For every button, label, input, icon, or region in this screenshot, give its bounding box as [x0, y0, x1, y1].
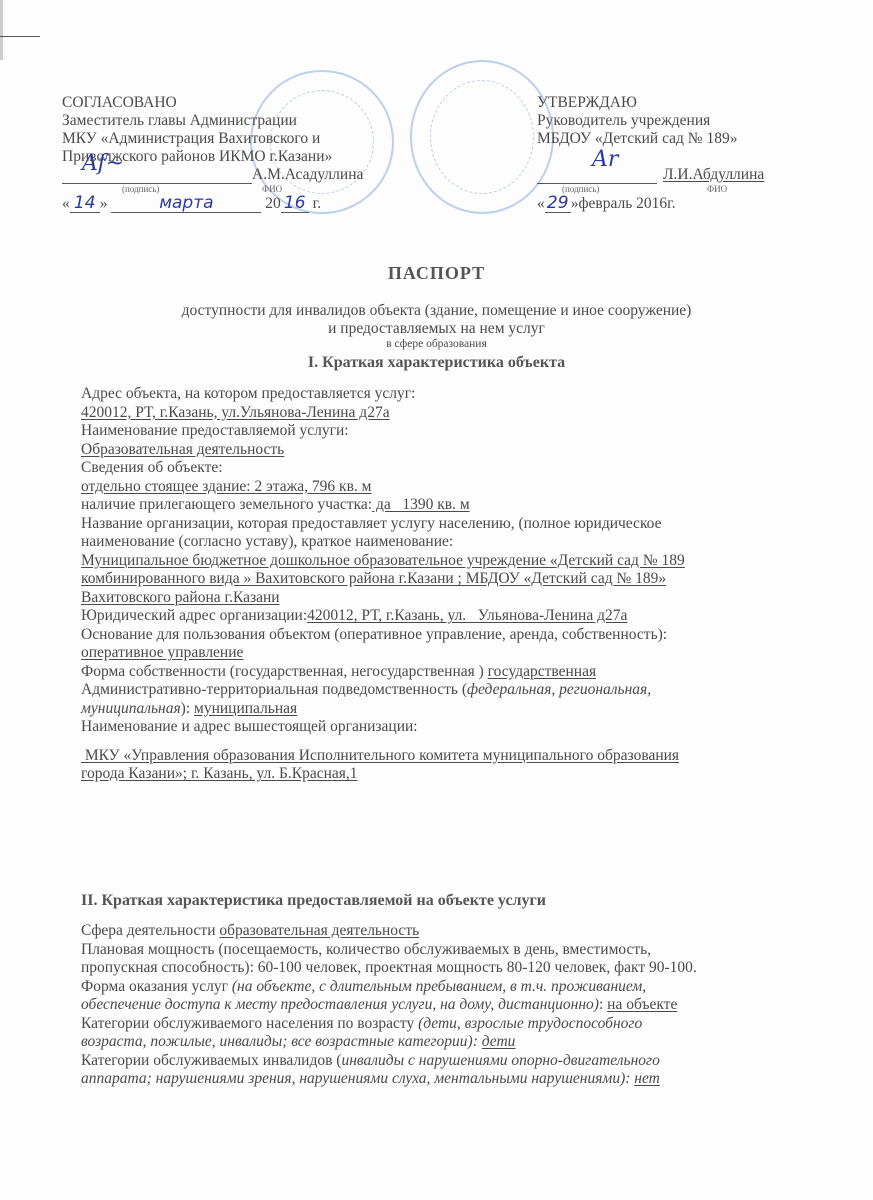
parent-org-value: города Казани»; г. Казань, ул. Б.Красная… [81, 765, 358, 782]
capacity-text: пропускная способность): 60-100 человек,… [81, 959, 781, 978]
field-label: Форма собственности (государственная, не… [81, 663, 484, 680]
field-label: Категории обслуживаемых инвалидов ( [81, 1052, 341, 1069]
section-1-heading: I. Краткая характеристика объекта [0, 354, 873, 372]
object-value: отдельно стоящее здание: 2 этажа, 796 кв… [81, 478, 371, 495]
approval-block-left: СОГЛАСОВАНО Заместитель главы Администра… [62, 94, 402, 213]
section-1-body: Адрес объекта, на котором предоставляетс… [81, 385, 781, 784]
service-value: Образовательная деятельность [81, 441, 284, 458]
field-label: Сведения об объекте: [81, 459, 781, 478]
field-label: Юридический адрес организации: [81, 607, 307, 624]
form-value: на объекте [607, 996, 677, 1013]
page-edge [0, 0, 3, 60]
sphere-value: образовательная деятельность [219, 922, 419, 939]
document-subtitle: и предоставляемых на нем услуг [0, 320, 873, 338]
field-label: Название организации, которая предоставл… [81, 515, 781, 534]
date-year-suffix: 16 [281, 194, 309, 213]
field-label: Сфера деятельности [81, 922, 219, 939]
field-options: (дети, взрослые трудоспособного [418, 1015, 642, 1032]
disability-value: нет [634, 1070, 660, 1087]
name-caption: ФИО [262, 184, 282, 194]
field-label: Наименование предоставляемой услуги: [81, 422, 781, 441]
field-label: Категории обслуживаемого населения по во… [81, 1015, 418, 1032]
org-name-value: Муниципальное бюджетное дошкольное образ… [81, 552, 685, 569]
field-options: муниципальная [81, 700, 181, 717]
approval-block-right: УТВЕРЖДАЮ Руководитель учреждения МБДОУ … [537, 94, 797, 213]
signature-field: Ar [537, 167, 657, 184]
admin-value: муниципальная [194, 700, 297, 717]
parent-org-value: МКУ «Управления образования Исполнительн… [81, 747, 679, 764]
approver-org-line: МКУ «Администрация Вахитовского и [62, 130, 402, 148]
punctuation: : [599, 996, 607, 1013]
signature-scrawl: Af~ [82, 155, 124, 173]
document-title: ПАСПОРТ [0, 263, 873, 284]
name-caption: ФИО [707, 184, 727, 194]
approval-heading: СОГЛАСОВАНО [62, 94, 402, 112]
field-options: (на объекте, с длительным пребыванием, в… [232, 978, 646, 995]
section-2-heading: II. Краткая характеристика предоставляем… [81, 892, 546, 910]
section-2-body: Сфера деятельности образовательная деяте… [81, 922, 781, 1089]
approver-name: А.М.Асадуллина [252, 166, 363, 184]
quote-open: « [62, 195, 70, 212]
signature-caption: (подпись) [122, 184, 159, 194]
quote-open: « [537, 195, 545, 212]
signature-field: Af~ [62, 167, 252, 184]
stamp-right [410, 60, 554, 214]
capacity-text: Плановая мощность (посещаемость, количес… [81, 941, 781, 960]
approval-heading: УТВЕРЖДАЮ [537, 94, 797, 112]
document-subtitle: доступности для инвалидов объекта (здани… [0, 302, 873, 320]
approver-org-line: МБДОУ «Детский сад № 189» [537, 130, 797, 148]
field-options: обеспечение доступа к месту предоставлен… [81, 996, 599, 1013]
scan-mark [0, 36, 40, 37]
punctuation: ): [181, 700, 190, 717]
field-options: возраста, пожилые, инвалиды; все возраст… [81, 1033, 482, 1050]
field-options: инвалиды с нарушениями опорно-двигательн… [341, 1052, 659, 1069]
age-value: дети [482, 1033, 516, 1050]
signature-scrawl: Ar [592, 151, 618, 169]
signature-caption: (подпись) [562, 184, 599, 194]
field-label: наименование (согласно уставу), краткое … [81, 533, 781, 552]
quote-close: » [100, 195, 108, 212]
ownership-value: государственная [488, 663, 596, 680]
date-day: 14 [70, 194, 100, 213]
date-year-prefix: 20 [265, 195, 281, 212]
field-label: Административно-территориальная подведом… [81, 681, 467, 698]
document-subtitle-sphere: в сфере образования [0, 338, 873, 350]
field-options: аппарата; нарушениями зрения, нарушениям… [81, 1070, 634, 1087]
field-options: федеральная, региональная, [467, 681, 651, 698]
field-label: Основание для пользования объектом (опер… [81, 626, 781, 645]
date-year-suffix-g: г. [313, 195, 321, 212]
field-label: Адрес объекта, на котором предоставляетс… [81, 385, 781, 404]
field-label: Наименование и адрес вышестоящей организ… [81, 718, 781, 737]
field-label: наличие прилегающего земельного участка: [81, 496, 372, 513]
approver-title: Руководитель учреждения [537, 112, 797, 130]
date-month: марта [111, 194, 261, 213]
basis-value: оперативное управление [81, 644, 243, 661]
approver-name: Л.И.Абдуллина [663, 166, 764, 184]
legal-address-value: 420012, РТ, г.Казань, ул. Ульянова-Ленин… [307, 607, 627, 624]
date-rest: »февраль 2016г. [571, 195, 676, 212]
address-value: 420012, РТ, г.Казань, ул.Ульянова-Ленина… [81, 404, 390, 421]
field-label: Форма оказания услуг [81, 978, 232, 995]
land-value: да 1390 кв. м [372, 496, 470, 513]
org-name-value: комбинированного вида » Вахитовского рай… [81, 570, 666, 587]
approver-title: Заместитель главы Администрации [62, 112, 402, 130]
org-name-value: Вахитовского района г.Казани [81, 589, 280, 606]
date-day: 29 [545, 194, 571, 213]
